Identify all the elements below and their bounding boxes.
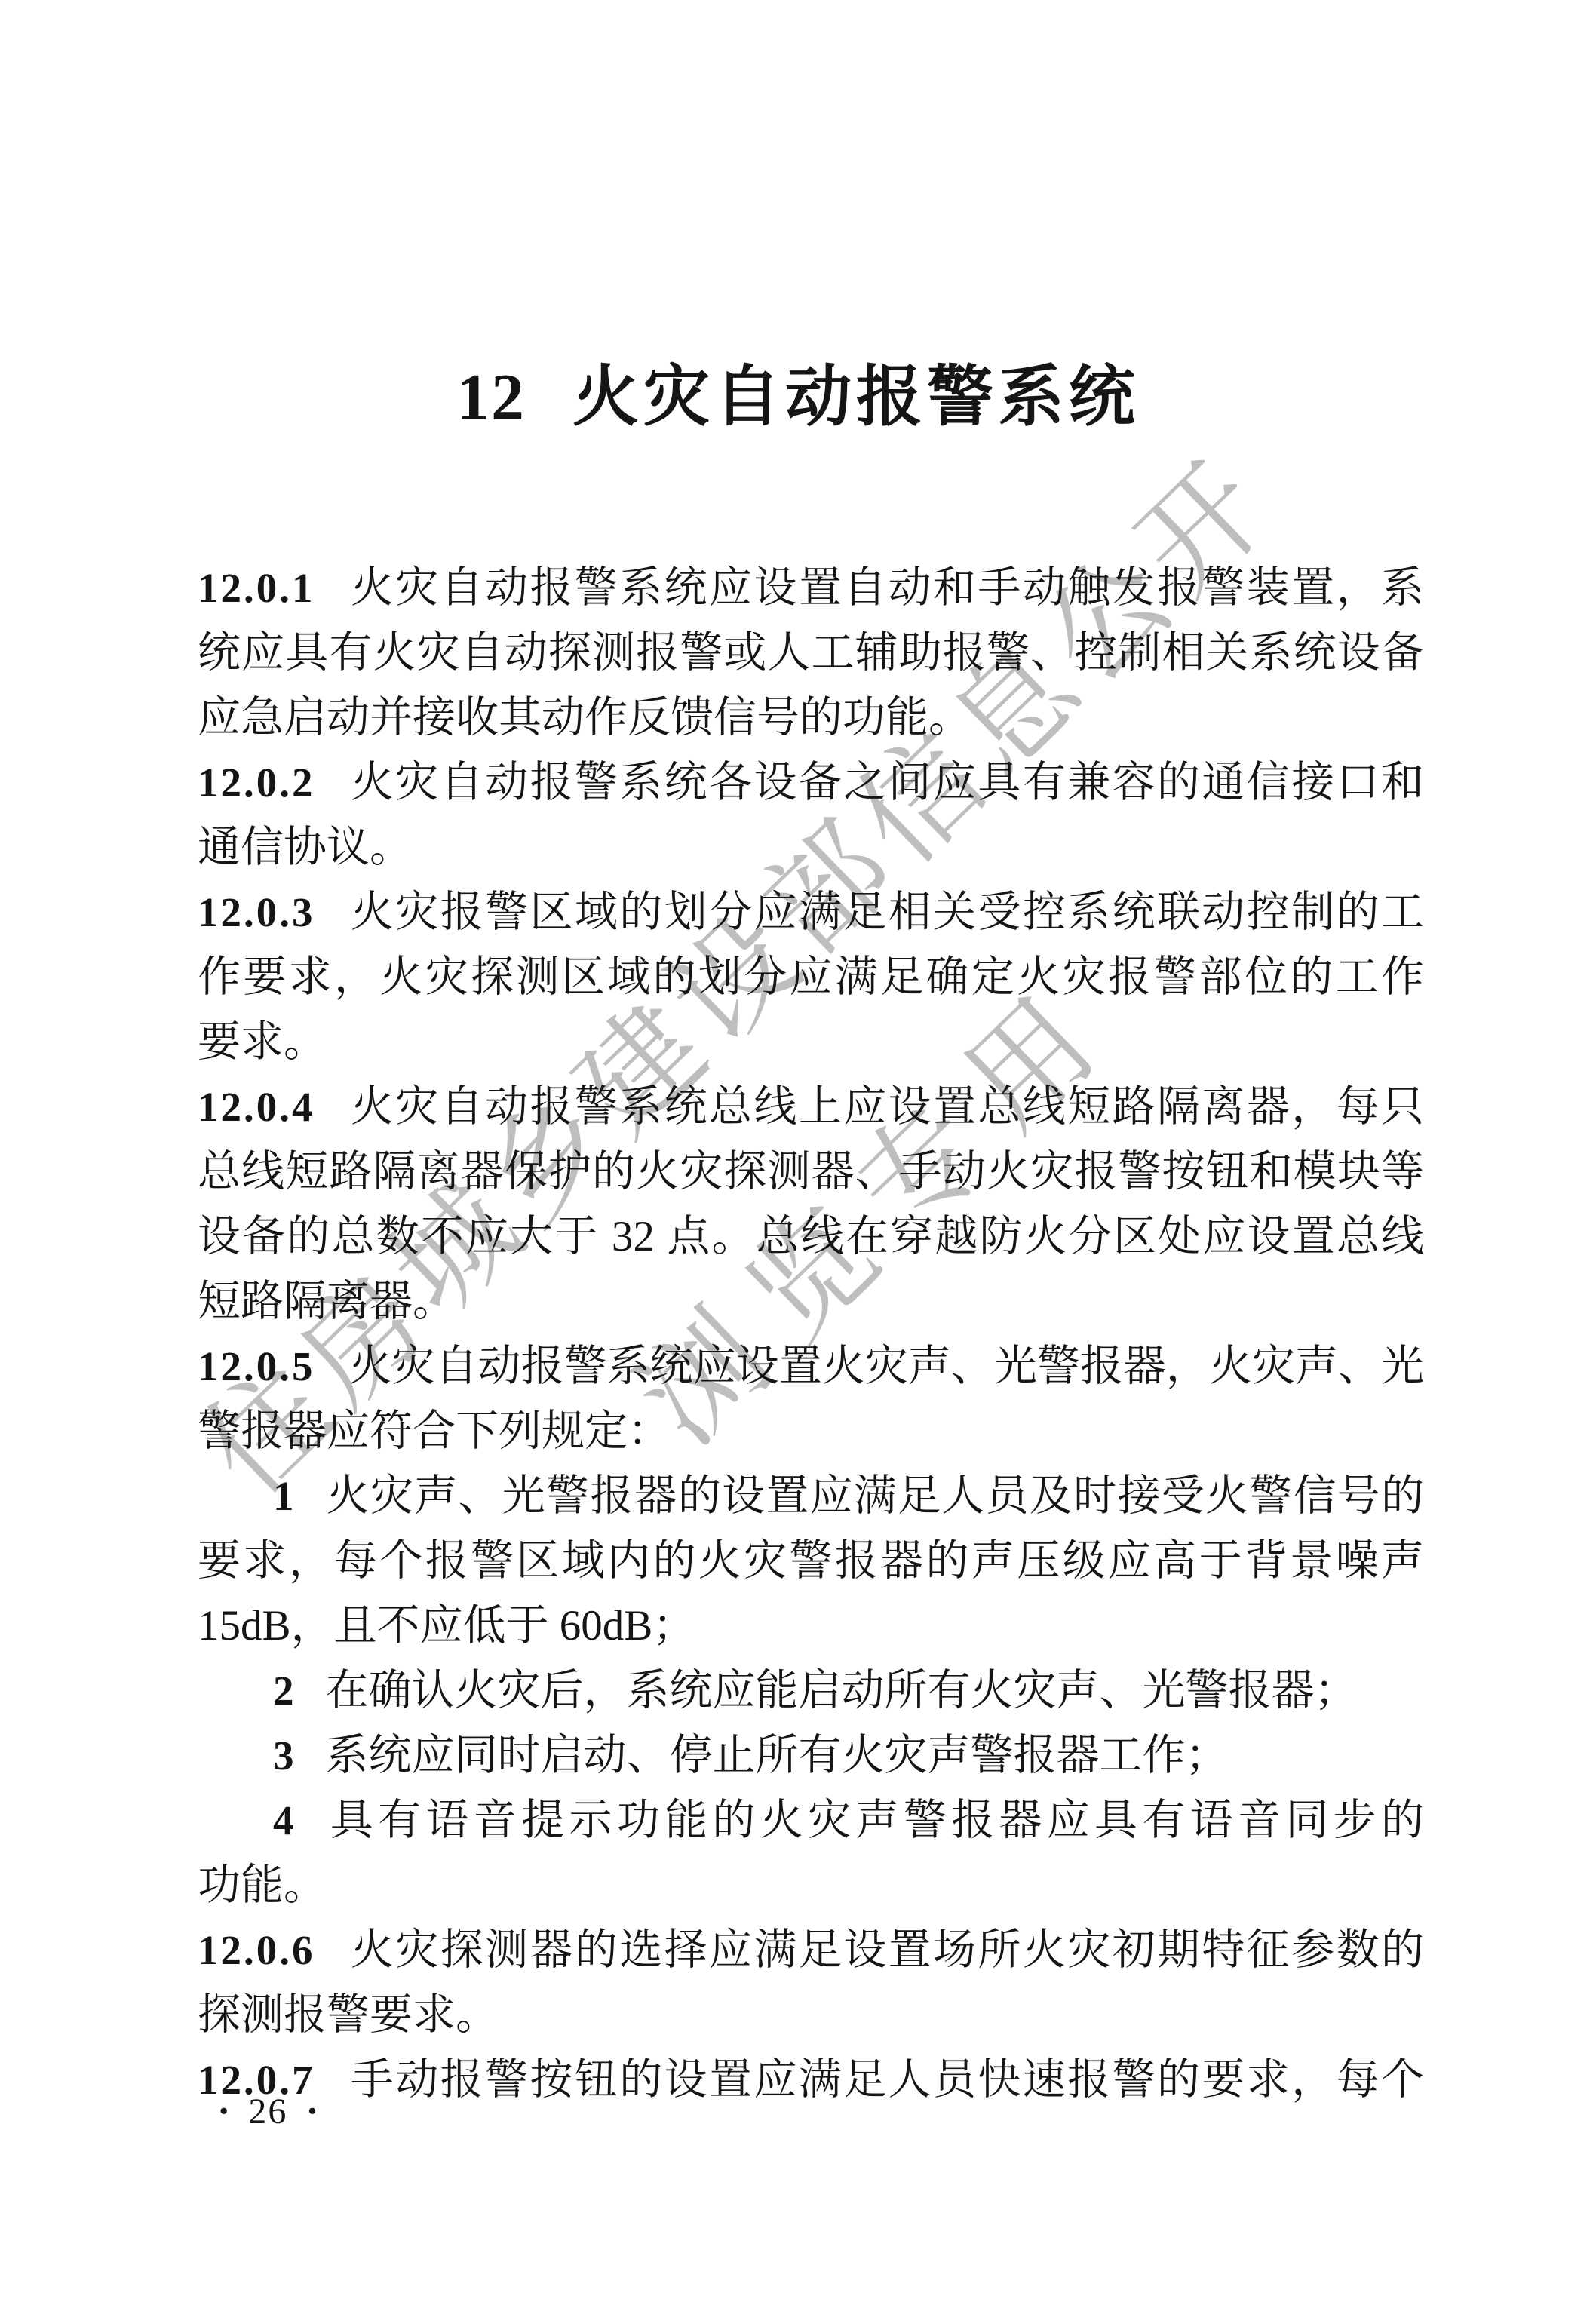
clause-number: 12.0.1 <box>198 565 315 611</box>
text-line: 总线短路隔离器保护的火灾探测器、手动火灾报警按钮和模块等 <box>198 1140 1424 1205</box>
chapter-title: 12火灾自动报警系统 <box>38 361 1558 436</box>
line-text: 火灾探测器的选择应满足设置场所火灾初期特征参数的 <box>349 1926 1425 1974</box>
line-text: 在确认火灾后，系统应能启动所有火灾声、光警报器； <box>326 1667 1358 1714</box>
line-text: 火灾声、光警报器的设置应满足人员及时接受火警信号的 <box>326 1472 1425 1520</box>
item-number: 2 <box>273 1668 294 1714</box>
text-line: 设备的总数不应大于 32 点。总线在穿越防火分区处应设置总线 <box>198 1205 1424 1269</box>
line-text: 手动报警按钮的设置应满足人员快速报警的要求，每个 <box>349 2056 1425 2104</box>
clause-line: 12.0.7手动报警按钮的设置应满足人员快速报警的要求，每个 <box>198 2048 1424 2113</box>
page-number-dot-right: · <box>305 2089 318 2134</box>
clause-number: 12.0.6 <box>198 1927 315 1973</box>
text-line: 应急启动并接收其动作反馈信号的功能。 <box>198 686 1424 750</box>
chapter-title-text: 火灾自动报警系统 <box>572 361 1140 434</box>
clause-line: 12.0.3火灾报警区域的划分应满足相关受控系统联动控制的工 <box>198 880 1424 945</box>
text-line: 警报器应符合下列规定： <box>198 1399 1424 1464</box>
line-text: 功能。 <box>198 1861 327 1909</box>
line-text: 总线短路隔离器保护的火灾探测器、手动火灾报警按钮和模块等 <box>198 1148 1424 1195</box>
line-text: 设备的总数不应大于 32 点。总线在穿越防火分区处应设置总线 <box>198 1213 1424 1260</box>
clause-line: 12.0.6火灾探测器的选择应满足设置场所火灾初期特征参数的 <box>198 1918 1424 1983</box>
line-text: 作要求，火灾探测区域的划分应满足确定火灾报警部位的工作 <box>198 953 1424 1001</box>
line-text: 15dB，且不应低于 60dB； <box>198 1602 695 1650</box>
line-text: 具有语音提示功能的火灾声警报器应具有语音同步的 <box>326 1797 1425 1844</box>
line-text: 火灾报警区域的划分应满足相关受控系统联动控制的工 <box>349 888 1425 936</box>
line-text: 要求，每个报警区域内的火灾警报器的声压级应高于背景噪声 <box>198 1537 1424 1585</box>
line-text: 警报器应符合下列规定： <box>198 1407 671 1455</box>
line-text: 火灾自动报警系统应设置火灾声、光警报器，火灾声、光 <box>349 1343 1425 1390</box>
line-text: 通信协议。 <box>198 824 413 871</box>
text-line: 作要求，火灾探测区域的划分应满足确定火灾报警部位的工作 <box>198 945 1424 1010</box>
page-footer: · 26 · <box>217 2089 319 2134</box>
line-text: 要求。 <box>198 1018 327 1066</box>
list-item-line: 2在确认火灾后，系统应能启动所有火灾声、光警报器； <box>198 1659 1424 1723</box>
item-number: 1 <box>273 1473 294 1519</box>
line-text: 火灾自动报警系统应设置自动和手动触发报警装置，系 <box>349 564 1425 612</box>
text-line: 统应具有火灾自动探测报警或人工辅助报警、控制相关系统设备 <box>198 621 1424 686</box>
page-number: 26 <box>248 2089 287 2134</box>
clause-number: 12.0.5 <box>198 1343 315 1389</box>
text-line: 15dB，且不应低于 60dB； <box>198 1594 1424 1659</box>
item-number: 4 <box>273 1797 294 1843</box>
clause-line: 12.0.5火灾自动报警系统应设置火灾声、光警报器，火灾声、光 <box>198 1334 1424 1399</box>
chapter-number: 12 <box>456 361 526 434</box>
clause-number: 12.0.4 <box>198 1084 315 1130</box>
list-item-line: 4具有语音提示功能的火灾声警报器应具有语音同步的 <box>198 1788 1424 1853</box>
line-text: 火灾自动报警系统总线上应设置总线短路隔离器，每只 <box>349 1083 1425 1131</box>
text-line: 要求，每个报警区域内的火灾警报器的声压级应高于背景噪声 <box>198 1529 1424 1594</box>
document-page: 住房城乡建设部信息公开 浏览专用 12火灾自动报警系统 12.0.1火灾自动报警… <box>0 0 1596 2314</box>
list-item-line: 1火灾声、光警报器的设置应满足人员及时接受火警信号的 <box>198 1464 1424 1529</box>
text-line: 探测报警要求。 <box>198 1983 1424 2048</box>
body-text: 12.0.1火灾自动报警系统应设置自动和手动触发报警装置，系统应具有火灾自动探测… <box>198 556 1424 2113</box>
text-line: 功能。 <box>198 1853 1424 1918</box>
line-text: 统应具有火灾自动探测报警或人工辅助报警、控制相关系统设备 <box>198 629 1424 677</box>
line-text: 系统应同时启动、停止所有火灾声警报器工作； <box>326 1732 1229 1779</box>
clause-line: 12.0.4火灾自动报警系统总线上应设置总线短路隔离器，每只 <box>198 1075 1424 1140</box>
clause-line: 12.0.1火灾自动报警系统应设置自动和手动触发报警装置，系 <box>198 556 1424 621</box>
line-text: 探测报警要求。 <box>198 1991 499 2039</box>
page-number-dot-left: · <box>217 2089 230 2134</box>
clause-number: 12.0.3 <box>198 889 315 935</box>
text-line: 短路隔离器。 <box>198 1269 1424 1334</box>
item-number: 3 <box>273 1732 294 1778</box>
clause-line: 12.0.2火灾自动报警系统各设备之间应具有兼容的通信接口和 <box>198 750 1424 815</box>
line-text: 应急启动并接收其动作反馈信号的功能。 <box>198 694 971 741</box>
clause-number: 12.0.2 <box>198 760 315 806</box>
line-text: 短路隔离器。 <box>198 1278 456 1325</box>
list-item-line: 3系统应同时启动、停止所有火灾声警报器工作； <box>198 1723 1424 1788</box>
text-line: 通信协议。 <box>198 815 1424 880</box>
text-line: 要求。 <box>198 1010 1424 1075</box>
line-text: 火灾自动报警系统各设备之间应具有兼容的通信接口和 <box>349 759 1425 806</box>
